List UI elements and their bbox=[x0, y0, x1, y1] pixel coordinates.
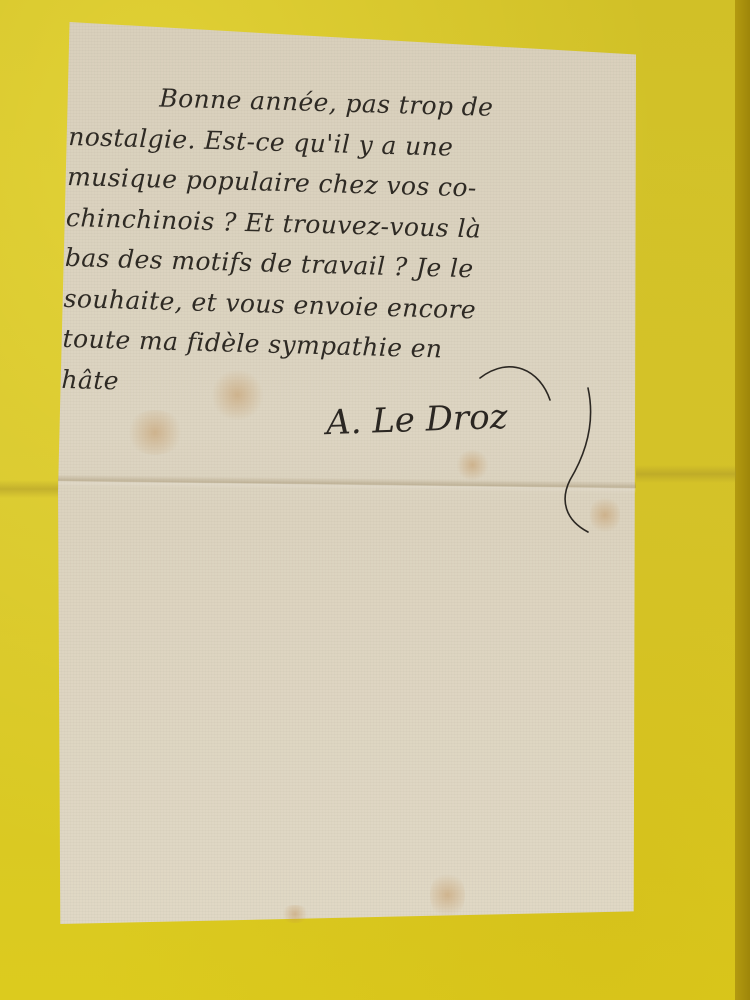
background-crease-right bbox=[636, 465, 736, 483]
background-crease-left bbox=[0, 480, 60, 498]
signature-flourish bbox=[470, 360, 610, 540]
background-edge-strip bbox=[735, 0, 750, 1000]
paper-stain bbox=[280, 905, 310, 923]
paper-stain bbox=[430, 870, 465, 920]
paper-stain bbox=[125, 410, 185, 455]
